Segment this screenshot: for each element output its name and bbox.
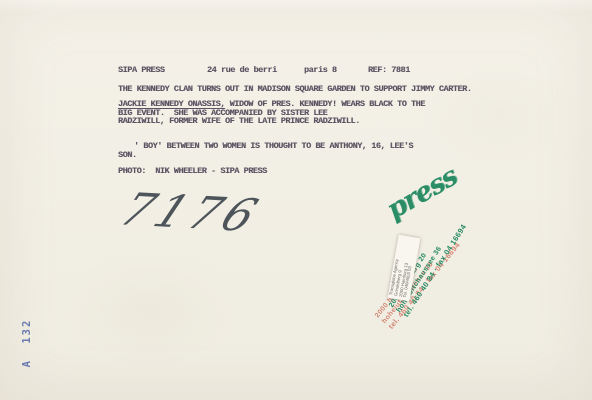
caption-line-3: RADZIWILL, FORMER WIFE OF THE LATE PRINC… (118, 117, 360, 126)
paper-stain (420, 60, 580, 170)
caption-line-5: SON. (118, 151, 137, 160)
paper-stain (60, 250, 240, 370)
archive-code: A 132 (21, 314, 33, 372)
press-photo-back: SIPA PRESS 24 rue de berri paris 8 REF: … (0, 0, 592, 400)
reference-number: REF: 7881 (368, 66, 410, 75)
caption-headline: THE KENNEDY CLAN TURNS OUT IN MADISON SQ… (118, 85, 471, 94)
caption-line-4: ' BOY' BETWEEN TWO WOMEN IS THOUGHT TO B… (134, 142, 413, 151)
agency-address: 24 rue de berri (207, 66, 277, 75)
handwritten-number: 7176 (114, 187, 269, 238)
agency-name: SIPA PRESS (118, 66, 165, 75)
agency-stamp: 2000 hamburg 20 hoheluftchaussee 36 tel.… (370, 185, 500, 330)
photo-credit: PHOTO: NIK WHEELER - SIPA PRESS (118, 167, 267, 176)
agency-city: paris 8 (304, 66, 337, 75)
